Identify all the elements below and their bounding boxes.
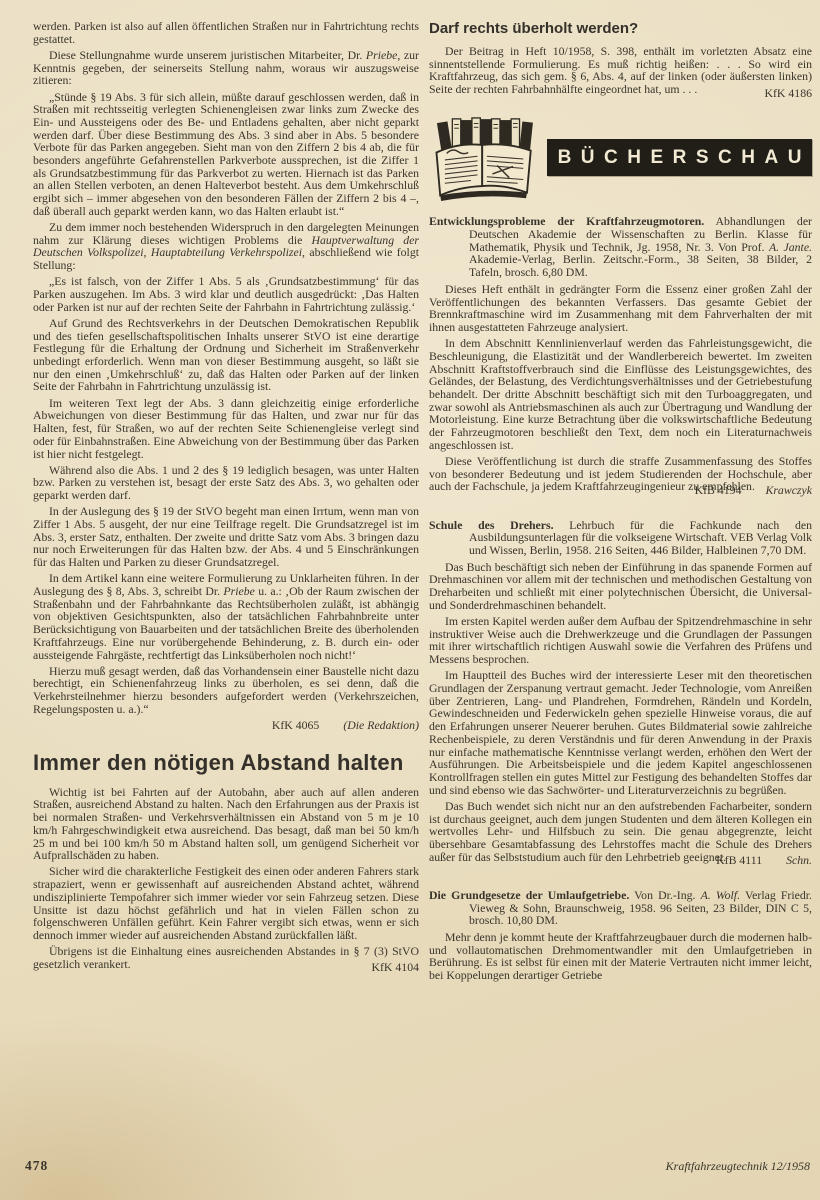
paragraph: Im Hauptteil des Buches wird der interes…	[429, 669, 812, 796]
credit-code: KfK 4104	[371, 961, 419, 974]
text-segment: „Stünde § 19 Abs. 3 für sich allein, müß…	[33, 90, 419, 218]
paragraph: Hierzu muß gesagt werden, daß das Vorhan…	[33, 665, 419, 716]
open-book-icon	[429, 115, 541, 203]
text-segment: Mehr denn je kommt heute der Kraftfahrze…	[429, 930, 812, 982]
text-segment: Das Buch beschäftigt sich neben der Einf…	[429, 560, 812, 612]
credit-signature: (Die Redaktion)	[343, 719, 419, 732]
text-segment: Während also die Abs. 1 und 2 des § 19 l…	[33, 463, 419, 502]
paragraph: Während also die Abs. 1 und 2 des § 19 l…	[33, 464, 419, 502]
credit-code: KfB 4194	[695, 484, 742, 497]
paragraph: Sicher wird die charakterliche Festigkei…	[33, 865, 419, 941]
page-footer: 478 Kraftfahrzeugtechnik 12/1958	[25, 1158, 810, 1174]
text-segment: „Es ist falsch, von der Ziffer 1 Abs. 5 …	[33, 274, 419, 313]
book-review-heading: Schule des Drehers. Lehrbuch für die Fac…	[429, 519, 812, 557]
journal-page: werden. Parken ist also auf allen öffent…	[0, 0, 820, 1200]
right-column-top: Darf rechts überholt werden?Der Beitrag …	[429, 20, 812, 99]
text-segment: In der Auslegung des § 19 der StVO begeh…	[33, 504, 419, 569]
text-segment: Hierzu muß gesagt werden, daß das Vorhan…	[33, 664, 419, 716]
section-title: Immer den nötigen Abstand halten	[33, 750, 419, 776]
book-review-heading: Die Grundgesetze der Umlaufgetriebe. Von…	[429, 889, 812, 927]
paragraph: Zu dem immer noch bestehenden Widerspruc…	[33, 221, 419, 272]
paragraph: Wichtig ist bei Fahrten auf der Autobahn…	[33, 786, 419, 862]
paragraph: In der Auslegung des § 19 der StVO begeh…	[33, 505, 419, 569]
text-segment: Im Hauptteil des Buches wird der interes…	[429, 668, 812, 796]
paragraph: In dem Artikel kann eine weitere Formuli…	[33, 572, 419, 661]
credit-code: KfB 4111	[716, 854, 762, 867]
paragraph: Dieses Heft enthält in gedrängter Form d…	[429, 283, 812, 334]
text-segment: Diese Veröffentlichung ist durch die str…	[429, 454, 812, 493]
paragraph: Das Buch beschäftigt sich neben der Einf…	[429, 561, 812, 612]
bookschau-banner-title: BÜCHERSCHAU	[547, 139, 812, 176]
text-segment: Wichtig ist bei Fahrten auf der Autobahn…	[33, 785, 419, 863]
paragraph: Auf Grund des Rechtsverkehrs in der Deut…	[33, 317, 419, 393]
text-segment: Akademie-Verlag, Berlin. Zeitschr.-Form.…	[469, 252, 812, 279]
paragraph: In dem Abschnitt Kennlinienverlauf werde…	[429, 337, 812, 451]
book-review-heading: Entwicklungsprobleme der Kraftfahrzeugmo…	[429, 215, 812, 279]
paragraph: Diese Veröffentlichung ist durch die str…	[429, 455, 812, 493]
paragraph: „Stünde § 19 Abs. 3 für sich allein, müß…	[33, 91, 419, 218]
text-segment: In dem Abschnitt Kennlinienverlauf werde…	[429, 336, 812, 452]
paragraph: „Es ist falsch, von der Ziffer 1 Abs. 5 …	[33, 275, 419, 313]
text-segment: Sicher wird die charakterliche Festigkei…	[33, 864, 419, 942]
credit-line: KfK 4065(Die Redaktion)	[33, 719, 419, 732]
left-column: werden. Parken ist also auf allen öffent…	[33, 20, 419, 978]
paragraph: Diese Stellungnahme wurde unserem jurist…	[33, 49, 419, 87]
text-segment: Im weiteren Text legt der Abs. 3 dann gl…	[33, 396, 419, 461]
page-number: 478	[25, 1158, 48, 1174]
credit-code: KfK 4065	[272, 719, 320, 732]
right-column-bottom: Entwicklungsprobleme der Kraftfahrzeugmo…	[429, 215, 812, 982]
text-segment: Dieses Heft enthält in gedrängter Form d…	[429, 282, 812, 334]
credit-signature: Krawczyk	[765, 484, 812, 497]
paragraph: Mehr denn je kommt heute der Kraftfahrze…	[429, 931, 812, 982]
paragraph: werden. Parken ist also auf allen öffent…	[33, 20, 419, 45]
bookschau-banner: BÜCHERSCHAU	[429, 115, 812, 203]
credit-signature: Schn.	[786, 854, 812, 867]
journal-title: Kraftfahrzeugtechnik 12/1958	[666, 1159, 810, 1174]
text-segment: Auf Grund des Rechtsverkehrs in der Deut…	[33, 316, 419, 394]
article-title: Darf rechts überholt werden?	[429, 20, 812, 37]
text-segment: werden. Parken ist also auf allen öffent…	[33, 19, 419, 46]
credit-code: KfK 4186	[764, 87, 812, 100]
paragraph: Im weiteren Text legt der Abs. 3 dann gl…	[33, 397, 419, 461]
right-column: Darf rechts überholt werden?Der Beitrag …	[429, 20, 812, 985]
text-segment: Im ersten Kapitel werden außer dem Aufba…	[429, 614, 812, 666]
paragraph: Im ersten Kapitel werden außer dem Aufba…	[429, 615, 812, 666]
